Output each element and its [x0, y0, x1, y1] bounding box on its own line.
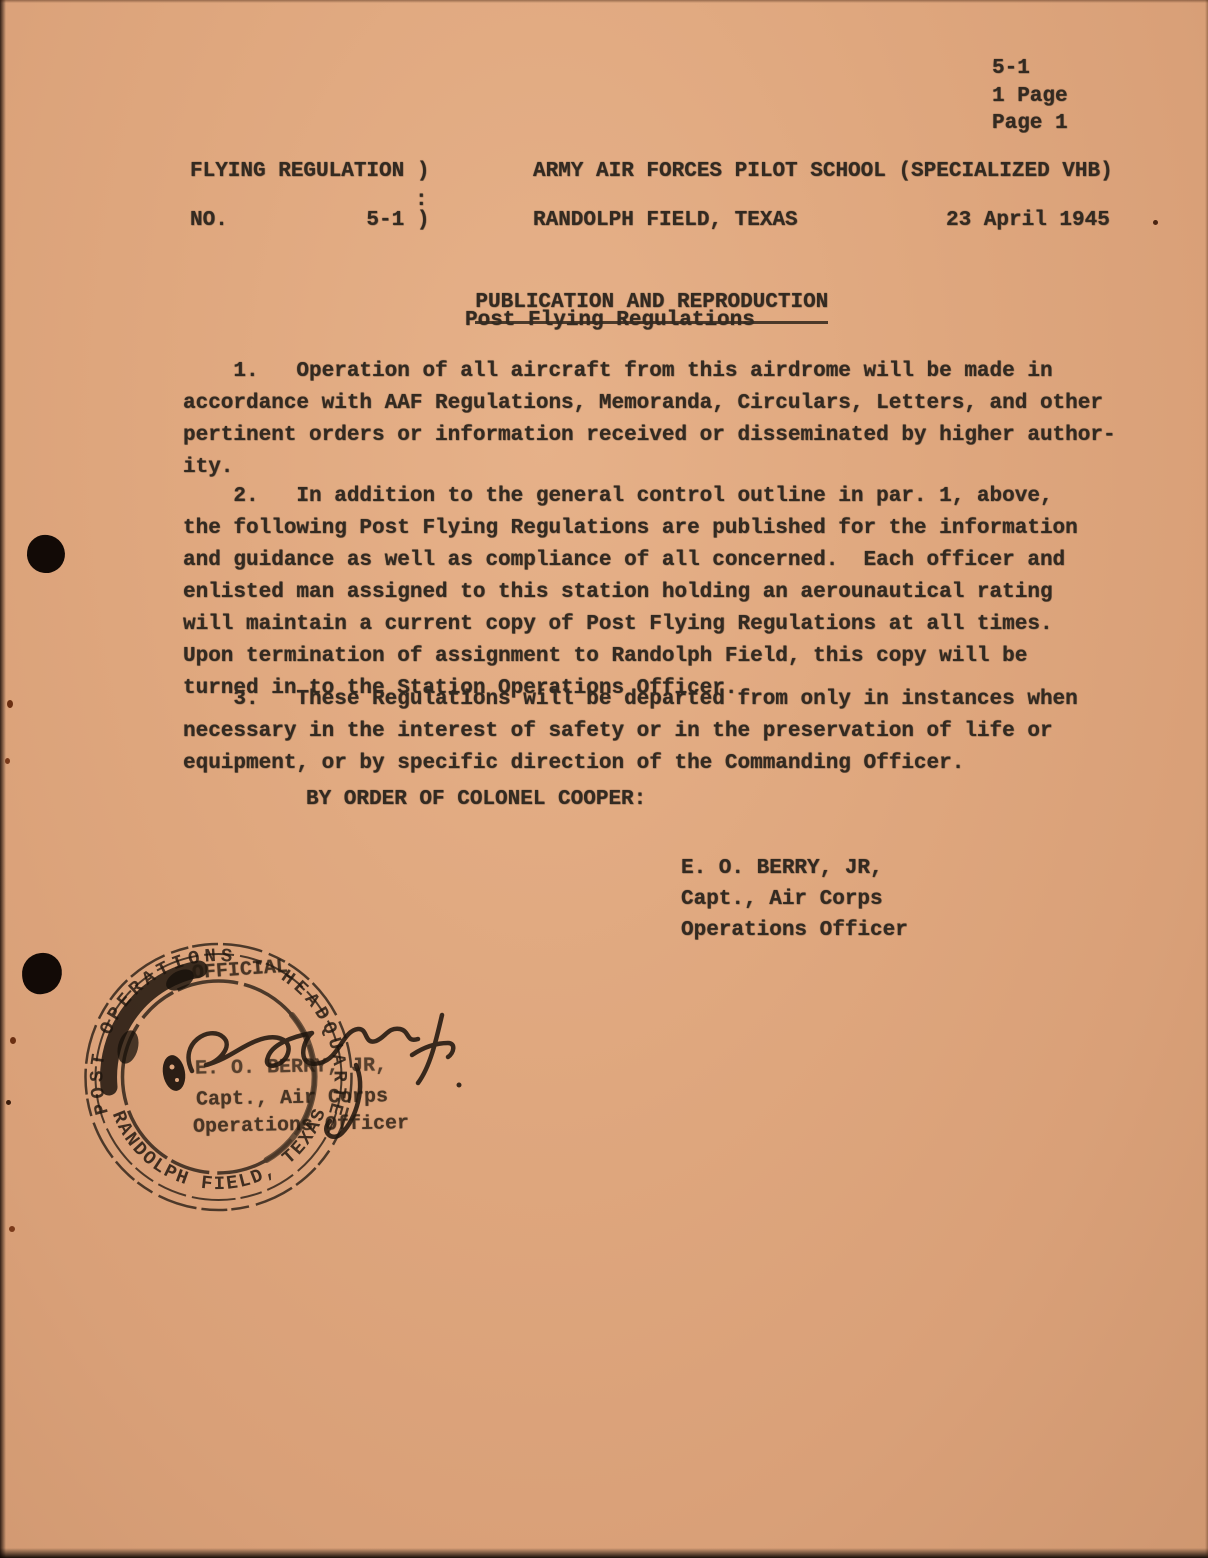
paragraph-line: will maintain a current copy of Post Fly…	[183, 609, 1078, 641]
paragraph-line: equipment, or by specific direction of t…	[183, 748, 1078, 780]
hole-punch-bottom	[20, 951, 64, 996]
scan-edge-left	[0, 0, 6, 1558]
paper-fleck	[9, 1226, 15, 1232]
header-date: 23 April 1945	[946, 205, 1110, 237]
paper-fleck	[10, 1037, 16, 1044]
scanned-document-page: 5-1 1 Page Page 1 FLYING REGULATION ) AR…	[0, 0, 1208, 1558]
paragraph-line: the following Post Flying Regulations ar…	[183, 513, 1078, 545]
signature-rank: Capt., Air Corps	[681, 884, 908, 915]
paragraph-3: 3. These Regulations will be departed fr…	[183, 684, 1078, 780]
stamp-ink-oval-gap	[175, 1078, 179, 1082]
corner-block: 5-1 1 Page Page 1	[992, 55, 1068, 138]
paper-fleck	[6, 1100, 11, 1105]
paper-fleck	[1153, 220, 1158, 225]
signature-title: Operations Officer	[681, 915, 908, 946]
paper-fleck	[7, 700, 13, 708]
paragraph-line: enlisted man assigned to this station ho…	[183, 577, 1078, 609]
corner-page-label: Page 1	[992, 110, 1068, 138]
corner-number: 5-1	[992, 55, 1068, 83]
paragraph-line: pertinent orders or information received…	[183, 420, 1116, 452]
paragraph-line: 2. In addition to the general control ou…	[183, 481, 1078, 513]
order-by-line: BY ORDER OF COLONEL COOPER:	[306, 784, 646, 816]
signature-name: E. O. BERRY, JR,	[681, 853, 908, 884]
scan-edge-bottom	[0, 1548, 1208, 1558]
hole-punch-top	[25, 533, 68, 576]
stamp-ink-oval-gap	[170, 1065, 175, 1070]
paragraph-line: 3. These Regulations will be departed fr…	[183, 684, 1078, 716]
paragraph-line: ity.	[183, 452, 1116, 484]
paper-fleck	[5, 758, 10, 764]
scan-edge-top	[0, 0, 1208, 3]
paragraph-1: 1. Operation of all aircraft from this a…	[183, 356, 1116, 484]
stamp-typed-name: E. O. BERRY, JR,	[195, 1054, 387, 1080]
header-location-line: RANDOLPH FIELD, TEXAS	[533, 205, 798, 237]
signature-block: E. O. BERRY, JR, Capt., Air Corps Operat…	[681, 853, 908, 946]
paragraph-line: Upon termination of assignment to Randol…	[183, 641, 1078, 673]
header-number-line: NO. 5-1 )	[190, 205, 429, 237]
paragraph-2: 2. In addition to the general control ou…	[183, 481, 1078, 705]
doc-subtitle: Post Flying Regulations	[465, 305, 755, 337]
paragraph-line: and guidance as well as compliance of al…	[183, 545, 1078, 577]
paragraph-line: 1. Operation of all aircraft from this a…	[183, 356, 1116, 388]
corner-page-count: 1 Page	[992, 83, 1068, 111]
stamp-typed-rank: Capt., Air Corps	[196, 1085, 388, 1111]
header-org-line: ARMY AIR FORCES PILOT SCHOOL (SPECIALIZE…	[533, 156, 1113, 188]
paragraph-line: necessary in the interest of safety or i…	[183, 716, 1078, 748]
header-regulation-line: FLYING REGULATION )	[190, 156, 429, 188]
stamp-typed-title: Operations Officer	[193, 1112, 409, 1139]
stamp-ink-oval	[160, 1053, 188, 1092]
paragraph-line: accordance with AAF Regulations, Memoran…	[183, 388, 1116, 420]
